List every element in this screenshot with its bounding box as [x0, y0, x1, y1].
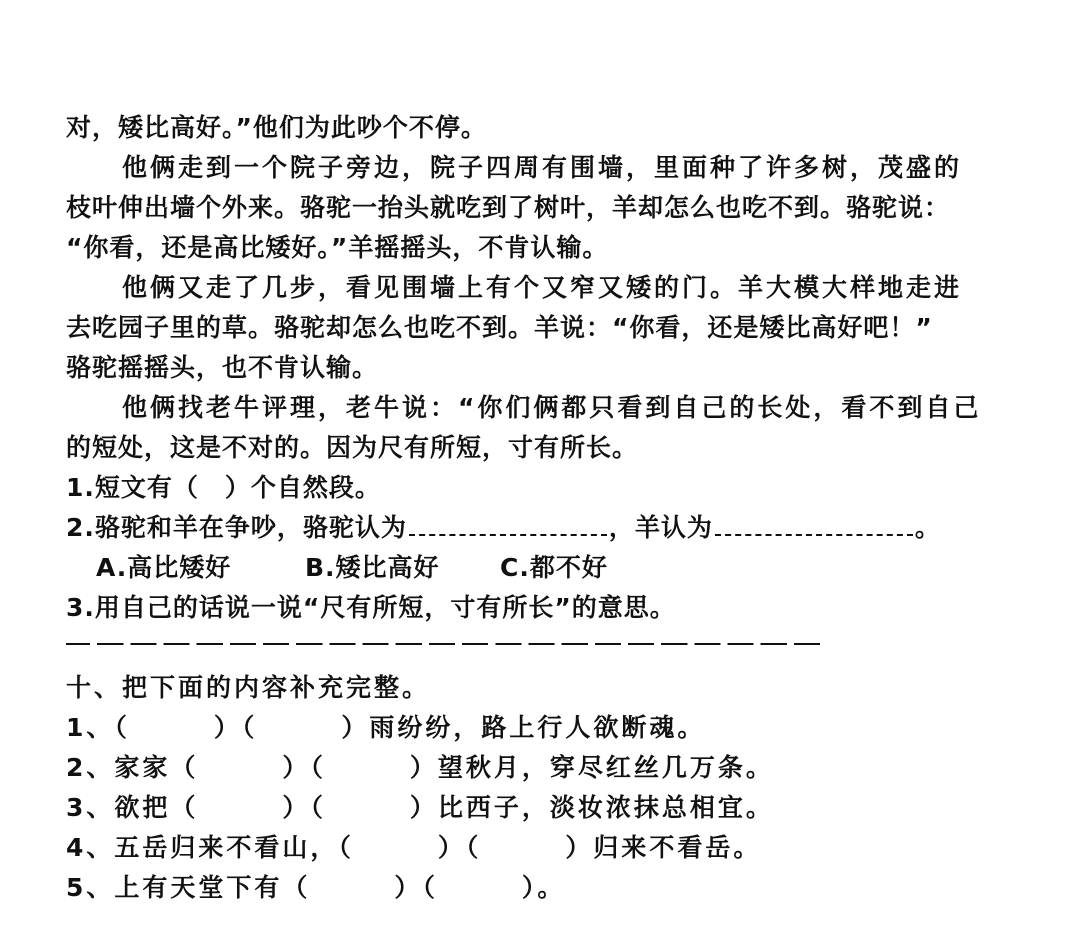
option-c: C.都不好 — [500, 553, 608, 583]
poem-item-4: 4、五岳归来不看山，（ ）（ ）归来不看岳。 — [66, 833, 761, 863]
passage-line-1: 对，矮比高好。”他们为此吵个不停。 — [66, 113, 487, 143]
passage-line-6: 去吃园子里的草。骆驼却怎么也吃不到。羊说：“你看，还是矮比高好吧！” — [66, 313, 933, 343]
camel-opinion-blank[interactable] — [409, 514, 607, 536]
question-2: 2.骆驼和羊在争吵，骆驼认为，羊认为。 — [66, 513, 941, 543]
worksheet-page: 对，矮比高好。”他们为此吵个不停。 他俩走到一个院子旁边，院子四周有围墙，里面种… — [0, 0, 1080, 926]
sheep-opinion-blank[interactable] — [715, 514, 913, 536]
passage-line-4: “你看，还是高比矮好。”羊摇摇头，不肯认输。 — [66, 233, 608, 263]
passage-line-5: 他俩又走了几步，看见围墙上有个又窄又矮的门。羊大模大样地走进 — [66, 273, 962, 303]
passage-line-2: 他俩走到一个院子旁边，院子四周有围墙，里面种了许多树，茂盛的 — [66, 153, 962, 183]
poem-item-5: 5、上有天堂下有（ ）（ ）。 — [66, 873, 565, 903]
option-a: A.高比矮好 — [96, 553, 231, 583]
question-3-answer-line[interactable] — [66, 643, 820, 645]
passage-line-9: 的短处，这是不对的。因为尺有所短，寸有所长。 — [66, 433, 638, 463]
option-b: B.矮比高好 — [305, 553, 440, 583]
passage-line-8: 他俩找老牛评理，老牛说：“你们俩都只看到自己的长处，看不到自己 — [66, 393, 981, 423]
poem-item-1: 1、（ ）（ ）雨纷纷，路上行人欲断魂。 — [66, 713, 705, 743]
poem-item-3: 3、欲把（ ）（ ）比西子，淡妆浓抹总相宜。 — [66, 793, 774, 823]
question-2-prefix: 2.骆驼和羊在争吵，骆驼认为 — [66, 513, 407, 542]
section-ten-heading: 十、把下面的内容补充完整。 — [66, 673, 430, 703]
passage-line-7: 骆驼摇摇头，也不肯认输。 — [66, 353, 378, 383]
question-1: 1.短文有（ ）个自然段。 — [66, 473, 381, 503]
question-3: 3.用自己的话说一说“尺有所短，寸有所长”的意思。 — [66, 593, 676, 623]
poem-item-2: 2、家家（ ）（ ）望秋月，穿尽红丝几万条。 — [66, 753, 774, 783]
question-2-suffix: 。 — [915, 513, 941, 542]
passage-line-3: 枝叶伸出墙个外来。骆驼一抬头就吃到了树叶，羊却怎么也吃不到。骆驼说： — [66, 193, 950, 223]
question-2-middle: ，羊认为 — [609, 513, 713, 542]
